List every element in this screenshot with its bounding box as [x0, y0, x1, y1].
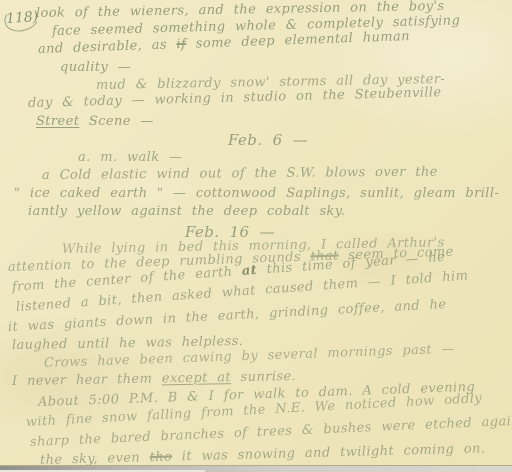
journal-text-segment: " ice caked earth " — cottonwood Sapling…	[14, 186, 499, 201]
journal-text-segment: day & today — working in studio on the S…	[28, 85, 442, 111]
journal-text-segment: except at	[162, 370, 232, 386]
journal-text-segment: Scene —	[79, 114, 153, 129]
journal-text-segment: Feb. 6 —	[228, 131, 308, 149]
journal-text-segment: tho	[149, 450, 172, 466]
journal-text-segment: sunrise.	[231, 369, 296, 385]
journal-line: " ice caked earth " — cottonwood Sapling…	[14, 185, 512, 203]
journal-line: Feb. 6 —	[228, 131, 512, 149]
journal-text-segment: Street	[36, 114, 79, 129]
journal-text: look of the wieners, and the expression …	[0, 5, 512, 470]
journal-text-segment: quality —	[60, 60, 131, 75]
journal-text-segment: and desirable, as	[38, 37, 177, 57]
journal-text-segment: a Cold elastic wind out of the S.W. blow…	[42, 165, 438, 183]
scan-edge	[0, 465, 512, 472]
journal-text-segment: I never hear them	[12, 371, 162, 389]
journal-line: Street Scene —	[36, 113, 512, 131]
journal-line: iantly yellow against the deep cobalt sk…	[28, 203, 512, 221]
journal-text-segment: it was snowing and twilight coming on.	[172, 441, 485, 464]
journal-page: 118) look of the wieners, and the expres…	[0, 0, 512, 472]
journal-text-segment: iantly yellow against the deep cobalt sk…	[28, 204, 345, 219]
journal-line: a Cold elastic wind out of the S.W. blow…	[42, 163, 512, 185]
journal-text-segment: at	[241, 263, 257, 279]
journal-text-segment: a. m. walk —	[78, 150, 182, 165]
